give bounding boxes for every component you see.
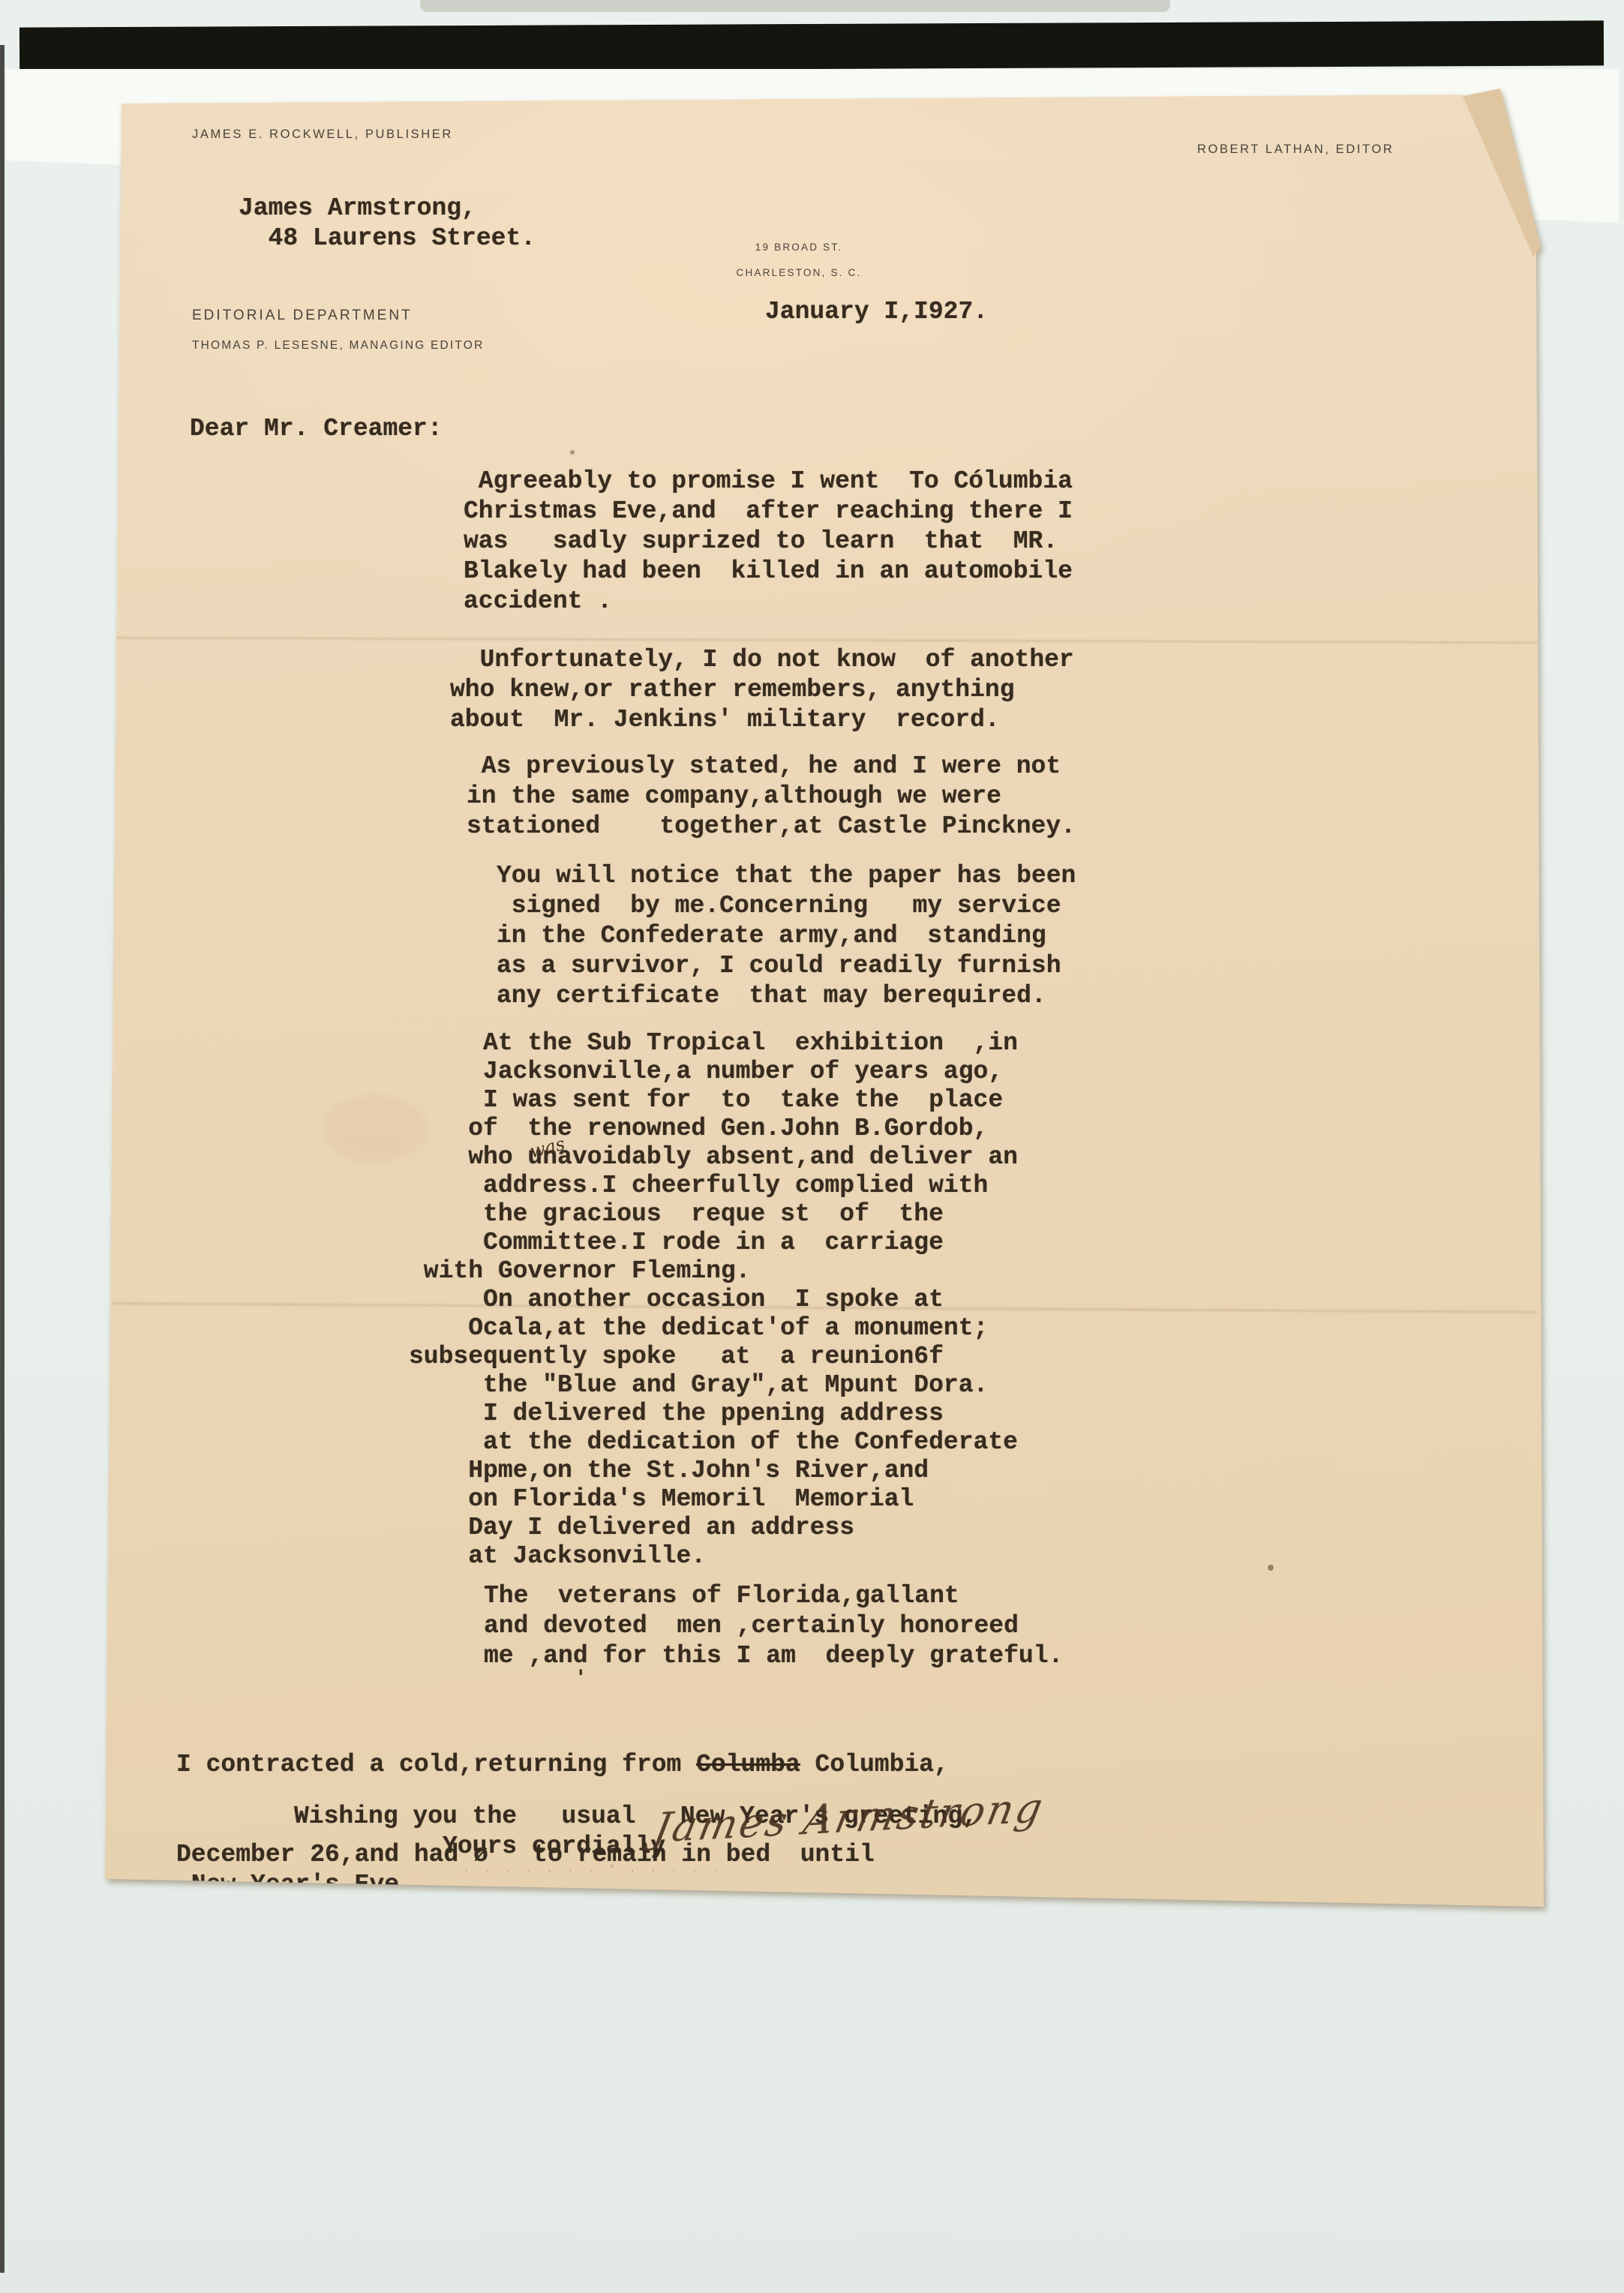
paragraph-columbia-trip: Agreeably to promise I went To Cólumbia … xyxy=(464,467,1073,617)
struck-word-columba: Columba xyxy=(696,1751,800,1778)
cold-line-after: Columbia, xyxy=(800,1751,949,1778)
managing-editor-line: THOMAS P. LESESNE, MANAGING EDITOR xyxy=(192,339,484,353)
ink-bleed-dots: . . . . , . . * , . . . . xyxy=(464,1863,723,1874)
salutation-line: Dear Mr. Creamer: xyxy=(190,414,443,444)
date-line: January I,I927. xyxy=(765,297,988,327)
sender-address-block: James Armstrong, 48 Laurens Street. xyxy=(239,194,536,254)
publisher-line: JAMES E. ROCKWELL, PUBLISHER xyxy=(192,128,453,142)
masthead-city-line: CHARLESTON, S. C. xyxy=(593,267,1005,278)
letter-paper-wrap: JAMES E. ROCKWELL, PUBLISHER ROBERT LATH… xyxy=(0,0,1624,2293)
cold-line-with-strikethrough: I contracted a cold,returning from Colum… xyxy=(176,1750,949,1780)
editorial-department-line: EDITORIAL DEPARTMENT xyxy=(192,308,413,324)
ink-speck xyxy=(1268,1565,1274,1571)
paragraph-certificate: You will notice that the paper has been … xyxy=(497,861,1076,1011)
paragraph-castle-pinckney: As previously stated, he and I were not … xyxy=(467,752,1076,842)
letter-paper: JAMES E. ROCKWELL, PUBLISHER ROBERT LATH… xyxy=(0,0,1624,2293)
paragraph-veterans: The veterans of Florida,gallant and devo… xyxy=(484,1581,1063,1671)
paragraph-jenkins-record: Unfortunately, I do not know of another … xyxy=(450,645,1074,735)
editor-line: ROBERT LATHAN, EDITOR xyxy=(1197,143,1394,157)
fold-crease-upper xyxy=(113,637,1538,644)
scanned-letter-page: JAMES E. ROCKWELL, PUBLISHER ROBERT LATH… xyxy=(0,0,1624,2293)
stray-pen-tick: ' xyxy=(578,1665,584,1690)
masthead-title: The News and Courier xyxy=(0,0,413,80)
paragraph-florida-speeches: At the Sub Tropical exhibition ,in Jacks… xyxy=(409,1029,1018,1571)
ink-speck xyxy=(570,450,575,455)
cold-line-before: I contracted a cold,returning from xyxy=(176,1751,696,1778)
masthead-street-line: 19 BROAD ST. xyxy=(593,242,1005,253)
